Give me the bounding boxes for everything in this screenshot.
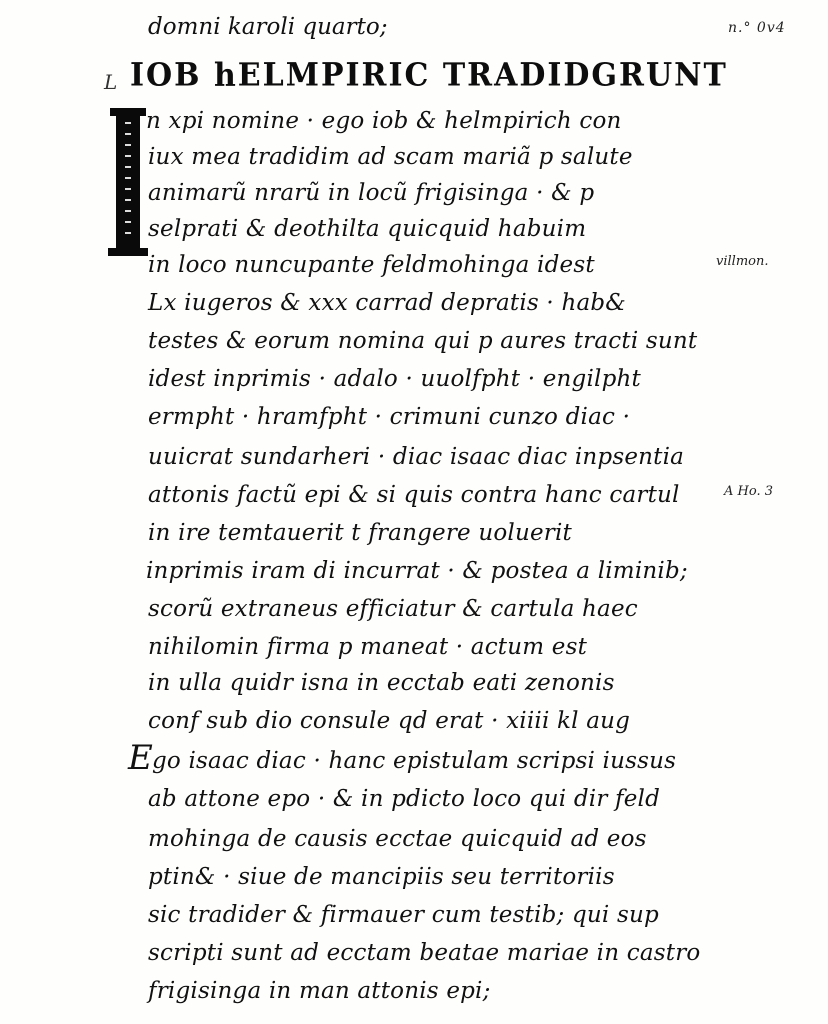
text-line: animarũ nrarũ in locũ frigisinga · & p — [148, 180, 594, 206]
text-line: inprimis iram di incurrat · & postea a l… — [146, 558, 688, 584]
text-line: ab attone epo · & in pdicto loco qui dir… — [148, 786, 660, 812]
initial-ornament — [125, 122, 131, 242]
text-line: uuicrat sundarheri · diac isaac diac inp… — [148, 444, 684, 470]
folio-number: n.° 0v4 — [728, 20, 786, 36]
text-line: in ulla quidr isna in ecctab eati zenoni… — [148, 670, 615, 696]
text-line: selprati & deothilta quicquid habuim — [148, 216, 586, 242]
text-line: frigisinga in man attonis epi; — [148, 978, 491, 1004]
text-line: in loco nuncupante feldmohinga idest — [148, 252, 595, 278]
manuscript-page: n.° 0v4 domni karoli quarto; L IOB hELMP… — [0, 0, 828, 1024]
text-line: idest inprimis · adalo · uuolfpht · engi… — [148, 366, 641, 392]
text-line: testes & eorum nomina qui p aures tracti… — [148, 328, 697, 354]
text-line: in ire temtauerit t frangere uoluerit — [148, 520, 572, 546]
margin-note: villmon. — [716, 254, 768, 269]
rubric-mark: L — [104, 70, 117, 94]
text-line: conf sub dio consule qd erat · xiiii kl … — [148, 708, 630, 734]
margin-note: A Ho. 3 — [724, 484, 773, 499]
text-line: nihilomin firma p maneat · actum est — [148, 634, 587, 660]
ego-initial: E — [128, 738, 153, 778]
text-line: go isaac diac · hanc epistulam scripsi i… — [152, 748, 676, 774]
text-line: n xpi nomine · ego iob & helmpirich con — [146, 108, 622, 134]
text-line: attonis factũ epi & si quis contra hanc … — [148, 482, 680, 508]
decorated-initial-i — [116, 112, 140, 254]
charter-title: IOB hELMPIRIC TRADIDGRUNT — [130, 57, 728, 94]
text-line: scripti sunt ad ecctam beatae mariae in … — [148, 940, 700, 966]
text-line: iux mea tradidim ad scam mariã p salute — [148, 144, 633, 170]
text-line: sic tradider & firmauer cum testib; qui … — [148, 902, 659, 928]
heading-line: domni karoli quarto; — [148, 14, 387, 40]
text-line: Lx iugeros & xxx carrad depratis · hab& — [148, 290, 626, 316]
text-line: scorũ extraneus efficiatur & cartula hae… — [148, 596, 638, 622]
text-line: ptin& · siue de mancipiis seu territorii… — [148, 864, 615, 890]
text-line: mohinga de causis ecctae quicquid ad eos — [148, 826, 647, 852]
text-line: ermpht · hramfpht · crimuni cunzo diac · — [148, 404, 630, 430]
